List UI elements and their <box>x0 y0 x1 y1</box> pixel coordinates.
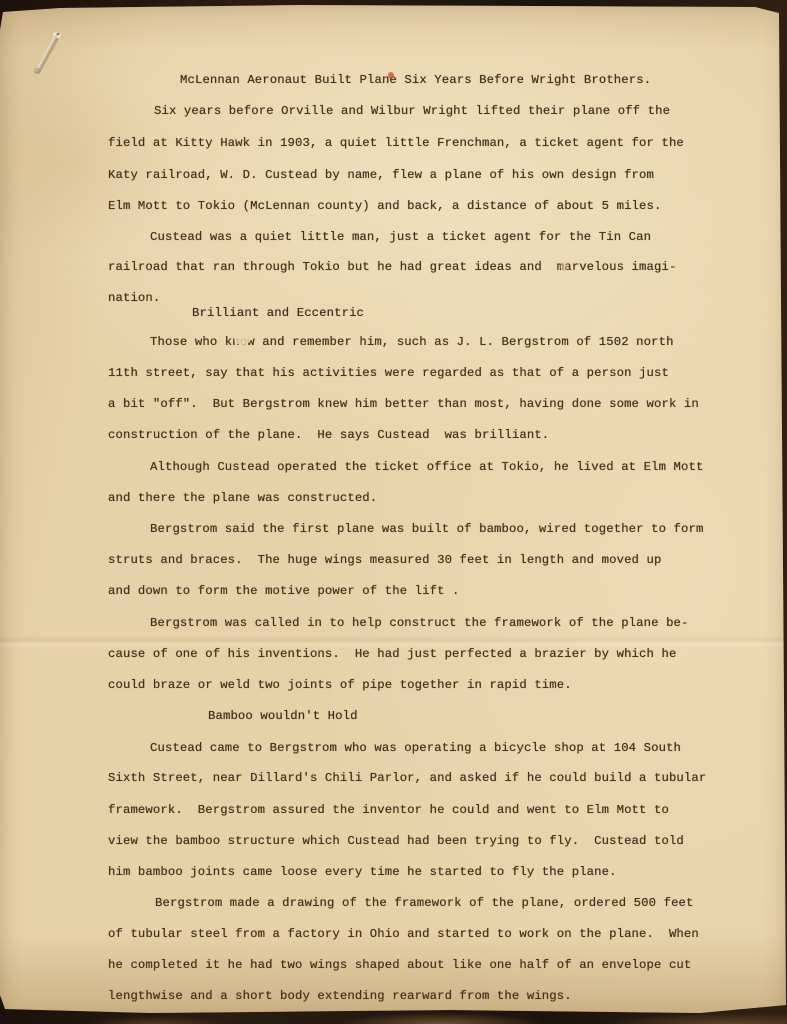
text-line: Bergstrom was called in to help construc… <box>150 615 689 631</box>
text-line: Although Custead operated the ticket off… <box>150 459 703 475</box>
photo-of-document: { "colors": { "paper": "#e7d1a9", "ink":… <box>0 0 787 1024</box>
section-heading: Bamboo wouldn't Hold <box>208 708 358 724</box>
text-line: construction of the plane. He says Custe… <box>108 427 549 443</box>
text-line: Custead was a quiet little man, just a t… <box>150 229 651 245</box>
text-line: struts and braces. The huge wings measur… <box>108 552 661 568</box>
document-title: McLennan Aeronaut Built Plane Six Years … <box>180 72 651 88</box>
text-line: he completed it he had two wings shaped … <box>108 957 691 973</box>
text-line: Sixth Street, near Dillard's Chili Parlo… <box>108 770 706 786</box>
text-line: lengthwise and a short body extending re… <box>108 988 572 1004</box>
text-line: framework. Bergstrom assured the invento… <box>108 802 669 818</box>
text-line: Bergstrom made a drawing of the framewor… <box>155 895 694 911</box>
text-line: a bit "off". But Bergstrom knew him bett… <box>108 396 699 412</box>
straight-pin <box>0 0 90 100</box>
text-line: railroad that ran through Tokio but he h… <box>108 259 676 275</box>
text-line: of tubular steel from a factory in Ohio … <box>108 926 699 942</box>
text-line: and down to form the motive power of the… <box>108 583 460 599</box>
text-line: cause of one of his inventions. He had j… <box>108 646 676 662</box>
text-line: Those who know and remember him, such as… <box>150 334 674 350</box>
text-line: Bergstrom said the first plane was built… <box>150 521 703 537</box>
text-line: Elm Mott to Tokio (McLennan county) and … <box>108 198 661 214</box>
text-layer: McLennan Aeronaut Built Plane Six Years … <box>0 0 787 1024</box>
document-page: McLennan Aeronaut Built Plane Six Years … <box>0 0 787 1024</box>
text-line: and there the plane was constructed. <box>108 490 377 506</box>
text-line: field at Kitty Hawk in 1903, a quiet lit… <box>108 135 684 151</box>
text-line: Custead came to Bergstrom who was operat… <box>150 740 681 756</box>
text-line: could braze or weld two joints of pipe t… <box>108 677 572 693</box>
text-line: view the bamboo structure which Custead … <box>108 833 684 849</box>
section-heading: Brilliant and Eccentric <box>192 305 364 321</box>
text-line: 11th street, say that his activities wer… <box>108 365 669 381</box>
text-line: him bamboo joints came loose every time … <box>108 864 617 880</box>
text-line: Katy railroad, W. D. Custead by name, fl… <box>108 167 654 183</box>
text-line: nation. <box>108 290 160 306</box>
text-line: Six years before Orville and Wilbur Wrig… <box>154 103 670 119</box>
